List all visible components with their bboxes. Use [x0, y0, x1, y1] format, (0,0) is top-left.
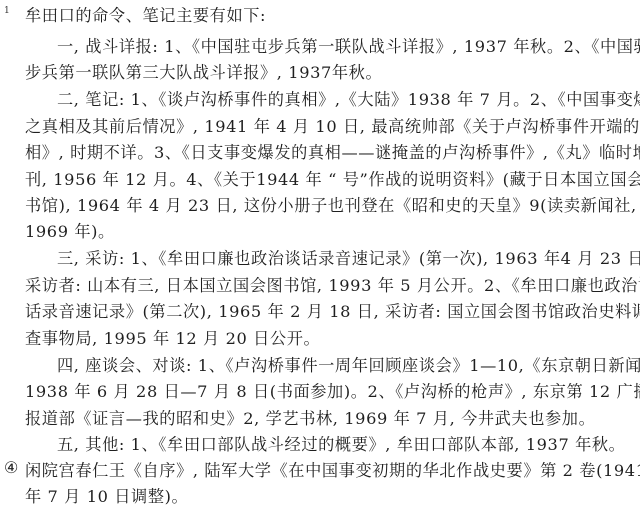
section-3-line-3: 话录音速记录》(第二次), 1965 年 2 月 18 日, 采访者: 国立国会… — [25, 302, 625, 322]
intro-line: 牟田口的命令、笔记主要有如下: — [25, 6, 625, 26]
section-2-line-5: 书馆), 1964 年 4 月 23 日, 这份小册子也刊登在《昭和史的天皇》9… — [25, 196, 625, 216]
section-2-line-3: 相》, 时期不详。3、《日支事变爆发的真相——谜掩盖的卢沟桥事件》,《丸》临时增 — [25, 143, 625, 163]
section-2-line-4: 刊, 1956 年 12 月。4、《关于1944 年 “ 号”作战的说明资料》(… — [25, 170, 625, 190]
section-4-line-3: 报道部《证言—我的昭和史》2, 学艺书林, 1969 年 7 月, 今井武夫也参… — [25, 409, 625, 429]
section-1-line-2: 步兵第一联队第三大队战斗详报》, 1937年秋。 — [25, 63, 625, 83]
footnote-marker-top: 1 — [4, 6, 10, 16]
section-1-line-1: 一, 战斗详报: 1、《中国驻屯步兵第一联队战斗详报》, 1937 年秋。2、《… — [57, 37, 640, 57]
document-page: 1 牟田口的命令、笔记主要有如下: 一, 战斗详报: 1、《中国驻屯步兵第一联队… — [0, 0, 640, 505]
section-4-line-1: 四, 座谈会、对谈: 1、《卢沟桥事件一周年回顾座谈会》1—10,《东京朝日新闻… — [57, 356, 640, 376]
section-4-line-2: 1938 年 6 月 28 日—7 月 8 日(书面参加)。2、《卢沟桥的枪声》… — [25, 382, 625, 402]
footnote-line-1: 闲院宫春仁王《自序》, 陆军大学《在中国事变初期的华北作战史要》第 2 卷(19… — [25, 461, 625, 481]
section-3-line-2: 采访者: 山本有三, 日本国立国会图书馆, 1993 年 5 月公开。2、《牟田… — [25, 276, 625, 296]
section-5-line-1: 五, 其他: 1、《牟田口部队战斗经过的概要》, 牟田口部队本部, 1937 年… — [57, 435, 640, 455]
section-2-line-1: 二, 笔记: 1、《谈卢沟桥事件的真相》,《大陆》1938 年 7 月。2、《中… — [57, 90, 640, 110]
section-2-line-6: 1969 年)。 — [25, 222, 625, 242]
footnote-line-2: 年 7 月 10 日调整)。 — [25, 487, 625, 505]
section-3-line-1: 三, 采访: 1、《牟田口廉也政治谈话录音速记录》(第一次), 1963 年4 … — [57, 249, 640, 269]
footnote-marker-4: ④ — [4, 458, 18, 477]
section-2-line-2: 之真相及其前后情况》, 1941 年 4 月 10 日, 最高统帅部《关于卢沟桥… — [25, 117, 625, 137]
section-3-line-4: 查事物局, 1995 年 12 月 20 日公开。 — [25, 329, 625, 349]
